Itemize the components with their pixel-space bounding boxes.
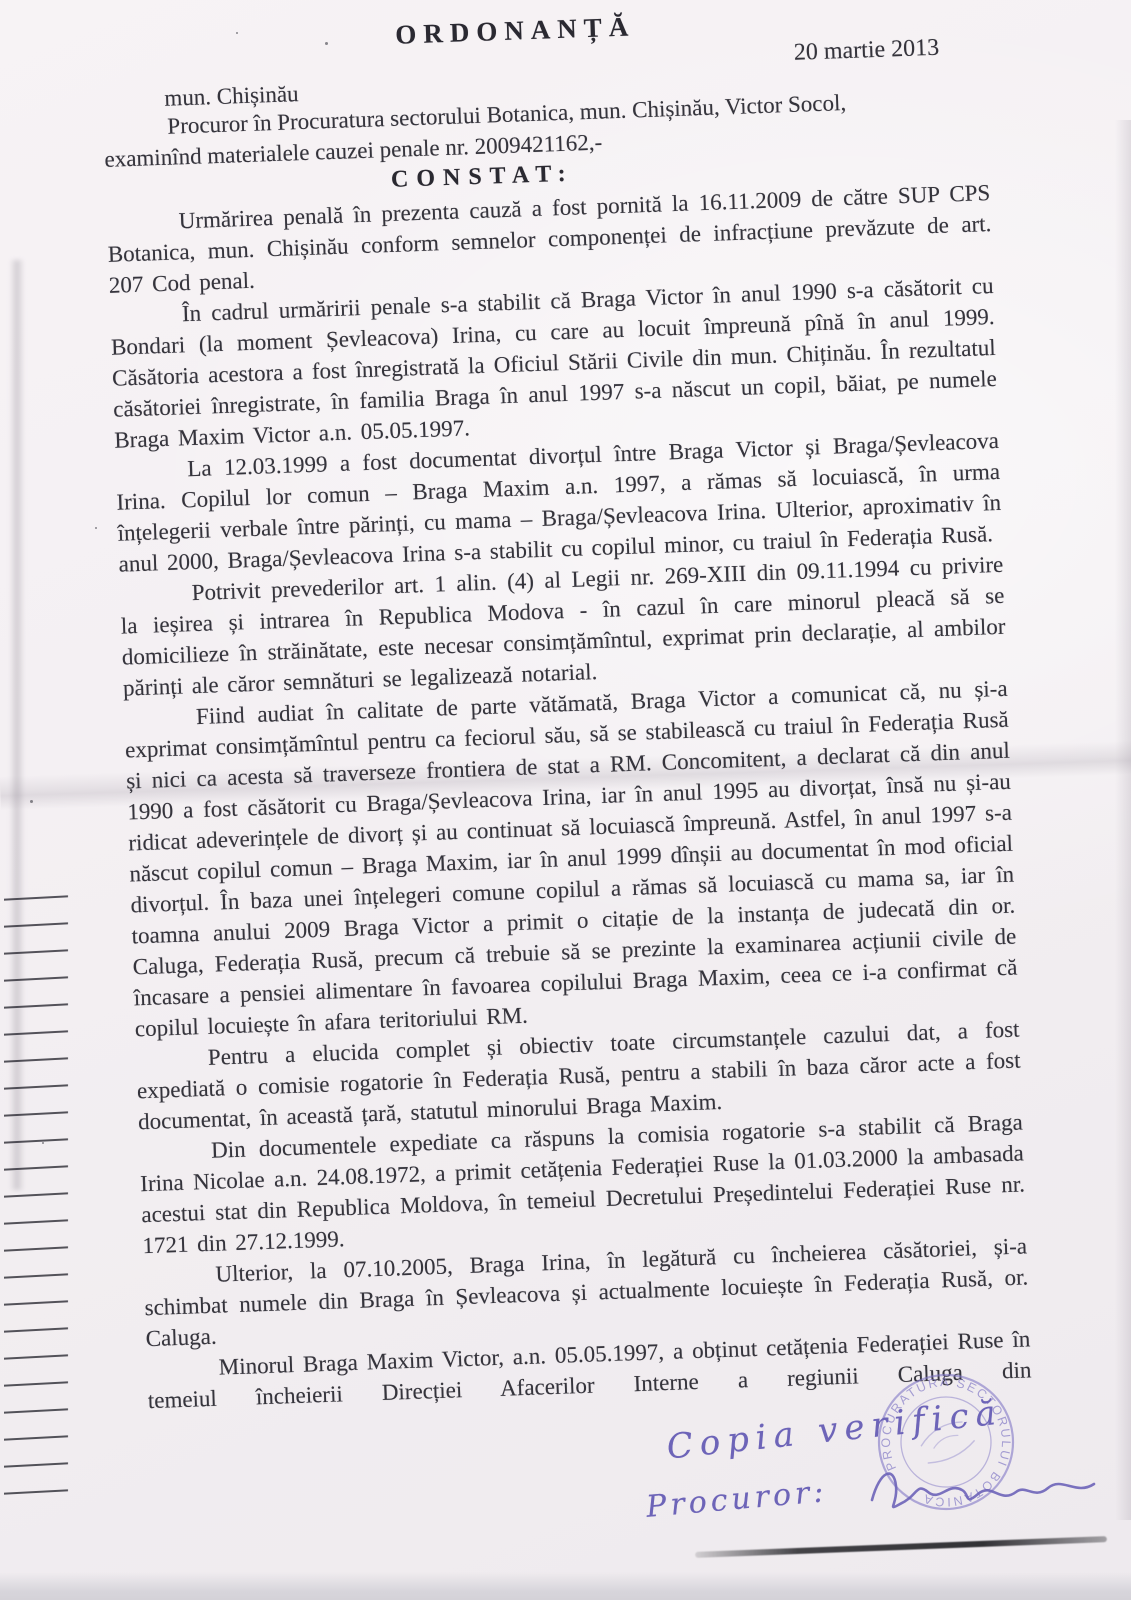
paper-speck [42,1142,44,1144]
document-page: ORDONANȚĂ 20 martie 2013 mun. Chișinău P… [0,0,1131,1600]
document-body: Urmărirea penală în prezenta cauză a fos… [106,177,1032,1416]
body-paragraph: În cadrul urmăririi penale s-a stabilit … [109,270,998,456]
document-content: ORDONANȚĂ 20 martie 2013 mun. Chișinău P… [100,0,1032,1416]
document-date: 20 martie 2013 [793,35,939,67]
signature-scribble [866,1452,1101,1532]
scan-bottom-edge [0,1572,1131,1600]
document-city: mun. Chișinău [164,81,299,112]
document-header: ORDONANȚĂ 20 martie 2013 mun. Chișinău P… [100,0,990,208]
body-paragraph: Fiind audiat în calitate de parte vătăma… [124,673,1019,1045]
paper-speck [30,800,33,803]
right-edge-shadow [1115,120,1131,1520]
paper-speck [95,527,97,529]
margin-tally-marks [4,870,68,1503]
handwritten-prosecutor-label: Procuror: [645,1474,829,1525]
